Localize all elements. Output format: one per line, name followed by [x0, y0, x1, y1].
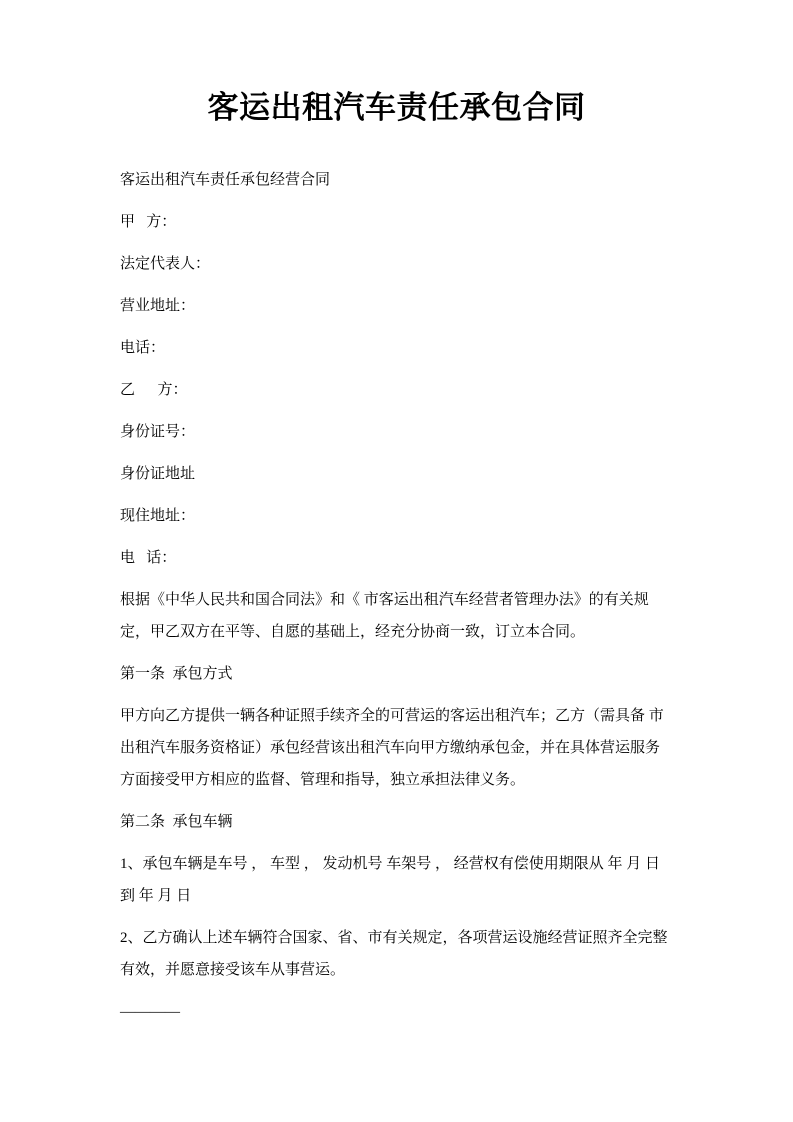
- paragraph: 电话：: [120, 332, 673, 364]
- paragraph: 第一条 承包方式: [120, 658, 673, 690]
- paragraph: 法定代表人：: [120, 248, 673, 280]
- document-body: 客运出租汽车责任承包经营合同 甲 方： 法定代表人： 营业地址： 电话： 乙 方…: [120, 164, 673, 1028]
- paragraph: 第二条 承包车辆: [120, 806, 673, 838]
- paragraph: 甲 方：: [120, 206, 673, 238]
- paragraph: 身份证号：: [120, 416, 673, 448]
- paragraph: 甲方向乙方提供一辆各种证照手续齐全的可营运的客运出租汽车；乙方（需具备 市出租汽…: [120, 700, 673, 796]
- paragraph: 电 话：: [120, 542, 673, 574]
- paragraph: ————: [120, 996, 673, 1028]
- document-title: 客运出租汽车责任承包合同: [120, 88, 673, 128]
- paragraph: 客运出租汽车责任承包经营合同: [120, 164, 673, 196]
- paragraph: 身份证地址: [120, 458, 673, 490]
- paragraph: 营业地址：: [120, 290, 673, 322]
- paragraph: 2、乙方确认上述车辆符合国家、省、市有关规定，各项营运设施经营证照齐全完整有效，…: [120, 922, 673, 986]
- paragraph: 1、承包车辆是车号 ， 车型 ， 发动机号 车架号 ， 经营权有偿使用期限从 年…: [120, 848, 673, 912]
- paragraph: 现住地址：: [120, 500, 673, 532]
- paragraph: 乙 方：: [120, 374, 673, 406]
- document-page: 客运出租汽车责任承包合同 客运出租汽车责任承包经营合同 甲 方： 法定代表人： …: [0, 0, 793, 1122]
- paragraph: 根据《中华人民共和国合同法》和《 市客运出租汽车经营者管理办法》的有关规定，甲乙…: [120, 584, 673, 648]
